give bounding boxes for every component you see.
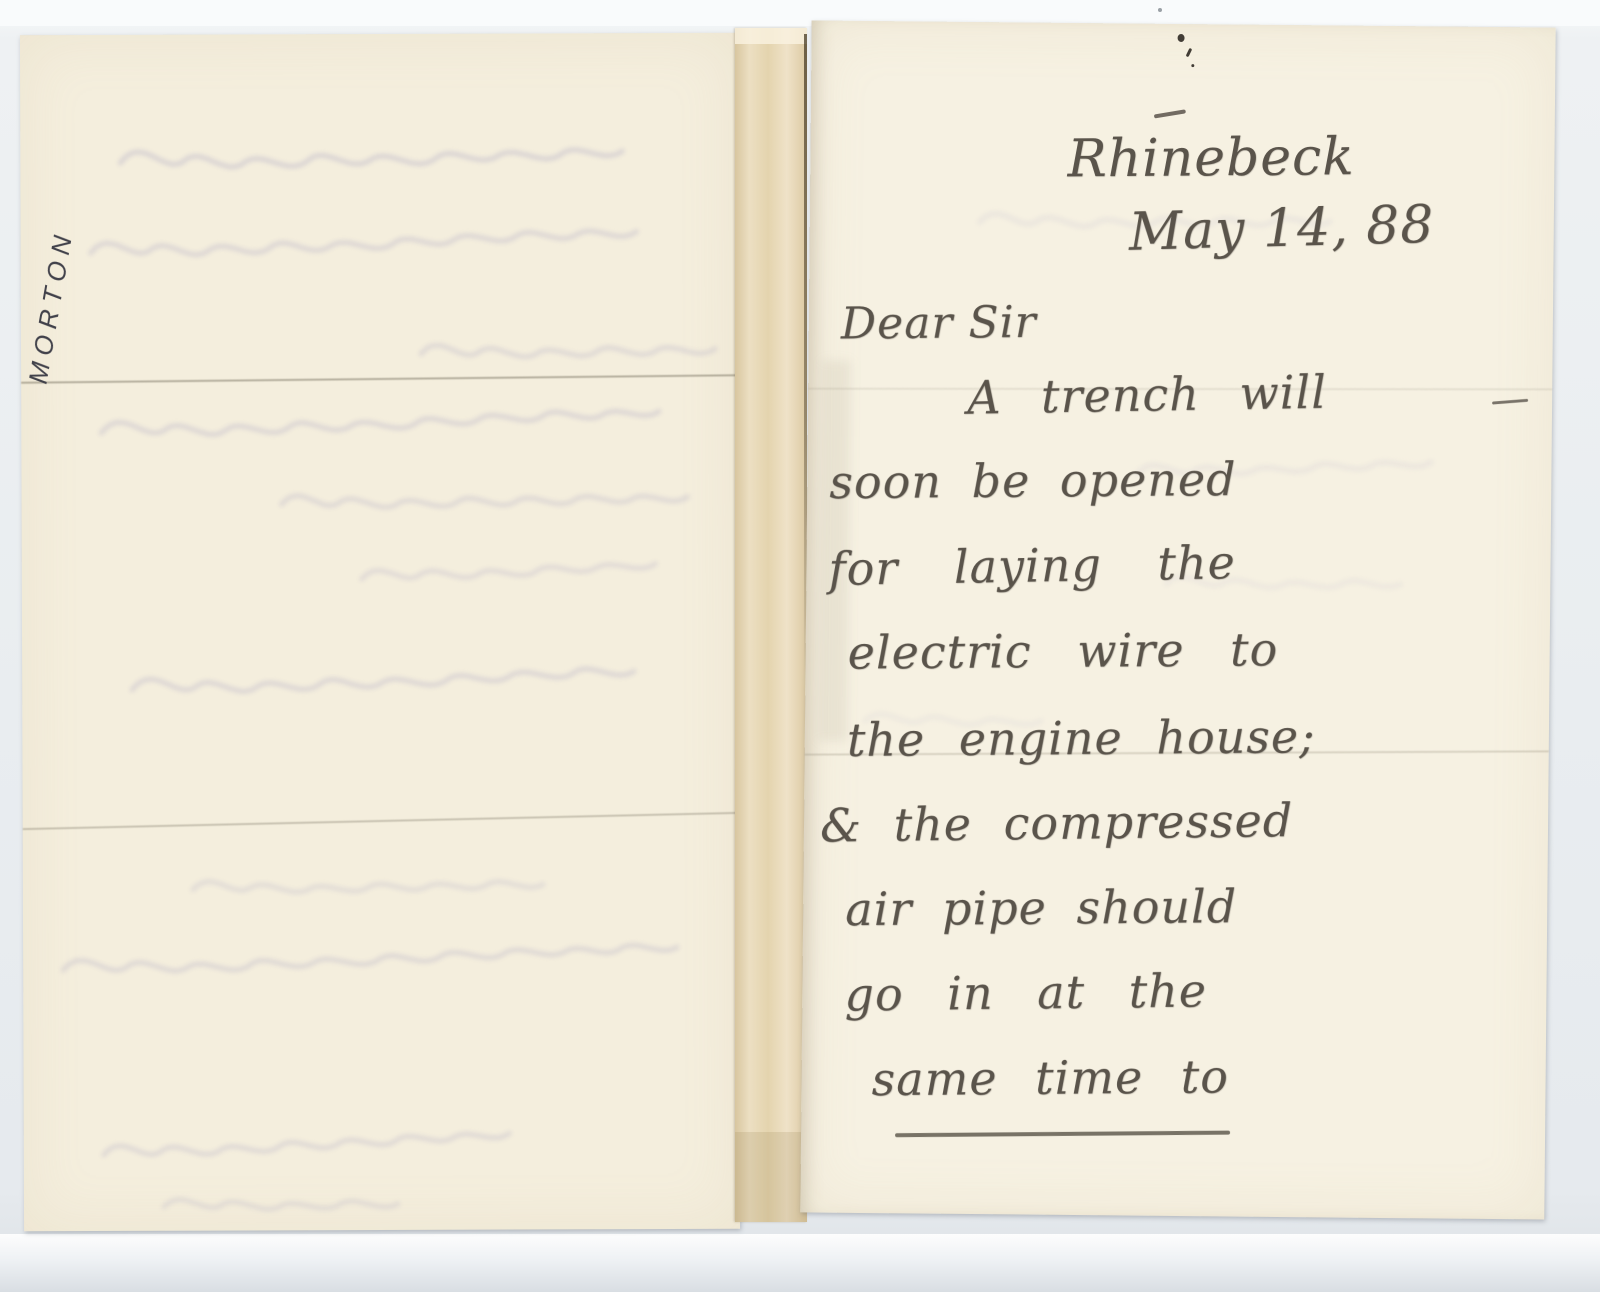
pen-flourish-dash: [1492, 399, 1528, 405]
bleed-through-writing: [800, 20, 1555, 1219]
tape-stain: [735, 1132, 807, 1222]
tape-strip: [735, 28, 807, 1222]
body-line: soon be opened: [829, 452, 1237, 509]
scanner-background-bottom: [0, 1234, 1600, 1292]
body-line: for laying the: [828, 535, 1236, 596]
body-line: the engine house;: [847, 709, 1316, 767]
ink-splatter: [1191, 64, 1194, 67]
ink-splatter: [1186, 48, 1193, 57]
body-line: air pipe should: [845, 879, 1237, 936]
body-line: go in at the: [844, 964, 1207, 1022]
scanner-background-top: [0, 0, 1600, 26]
scan-speck: [1158, 8, 1162, 12]
fold-crease: [23, 812, 739, 830]
body-line: A trench will: [967, 365, 1328, 425]
body-line-last: same time to: [871, 1049, 1229, 1106]
right-page: Rhinebeck May 14, 88 Dear Sir A trench w…: [800, 20, 1555, 1219]
ink-underline: [895, 1131, 1230, 1137]
body-line: electric wire to: [847, 622, 1278, 679]
fold-crease: [21, 374, 737, 383]
bleed-through-writing: [20, 33, 740, 1231]
salutation: Dear Sir: [841, 297, 1037, 350]
ink-splatter: [1178, 34, 1185, 42]
heading-place: Rhinebeck: [1067, 127, 1355, 189]
body-line: & the compressed: [820, 793, 1294, 852]
pen-flourish-dash: [1154, 109, 1186, 118]
heading-date: May 14, 88: [1128, 195, 1435, 263]
letter-scan: MORTON Rhinebeck May 14, 8: [0, 0, 1600, 1292]
archival-note: MORTON: [23, 227, 80, 387]
left-page: MORTON: [20, 33, 740, 1231]
tape-fold-highlight: [735, 28, 807, 44]
